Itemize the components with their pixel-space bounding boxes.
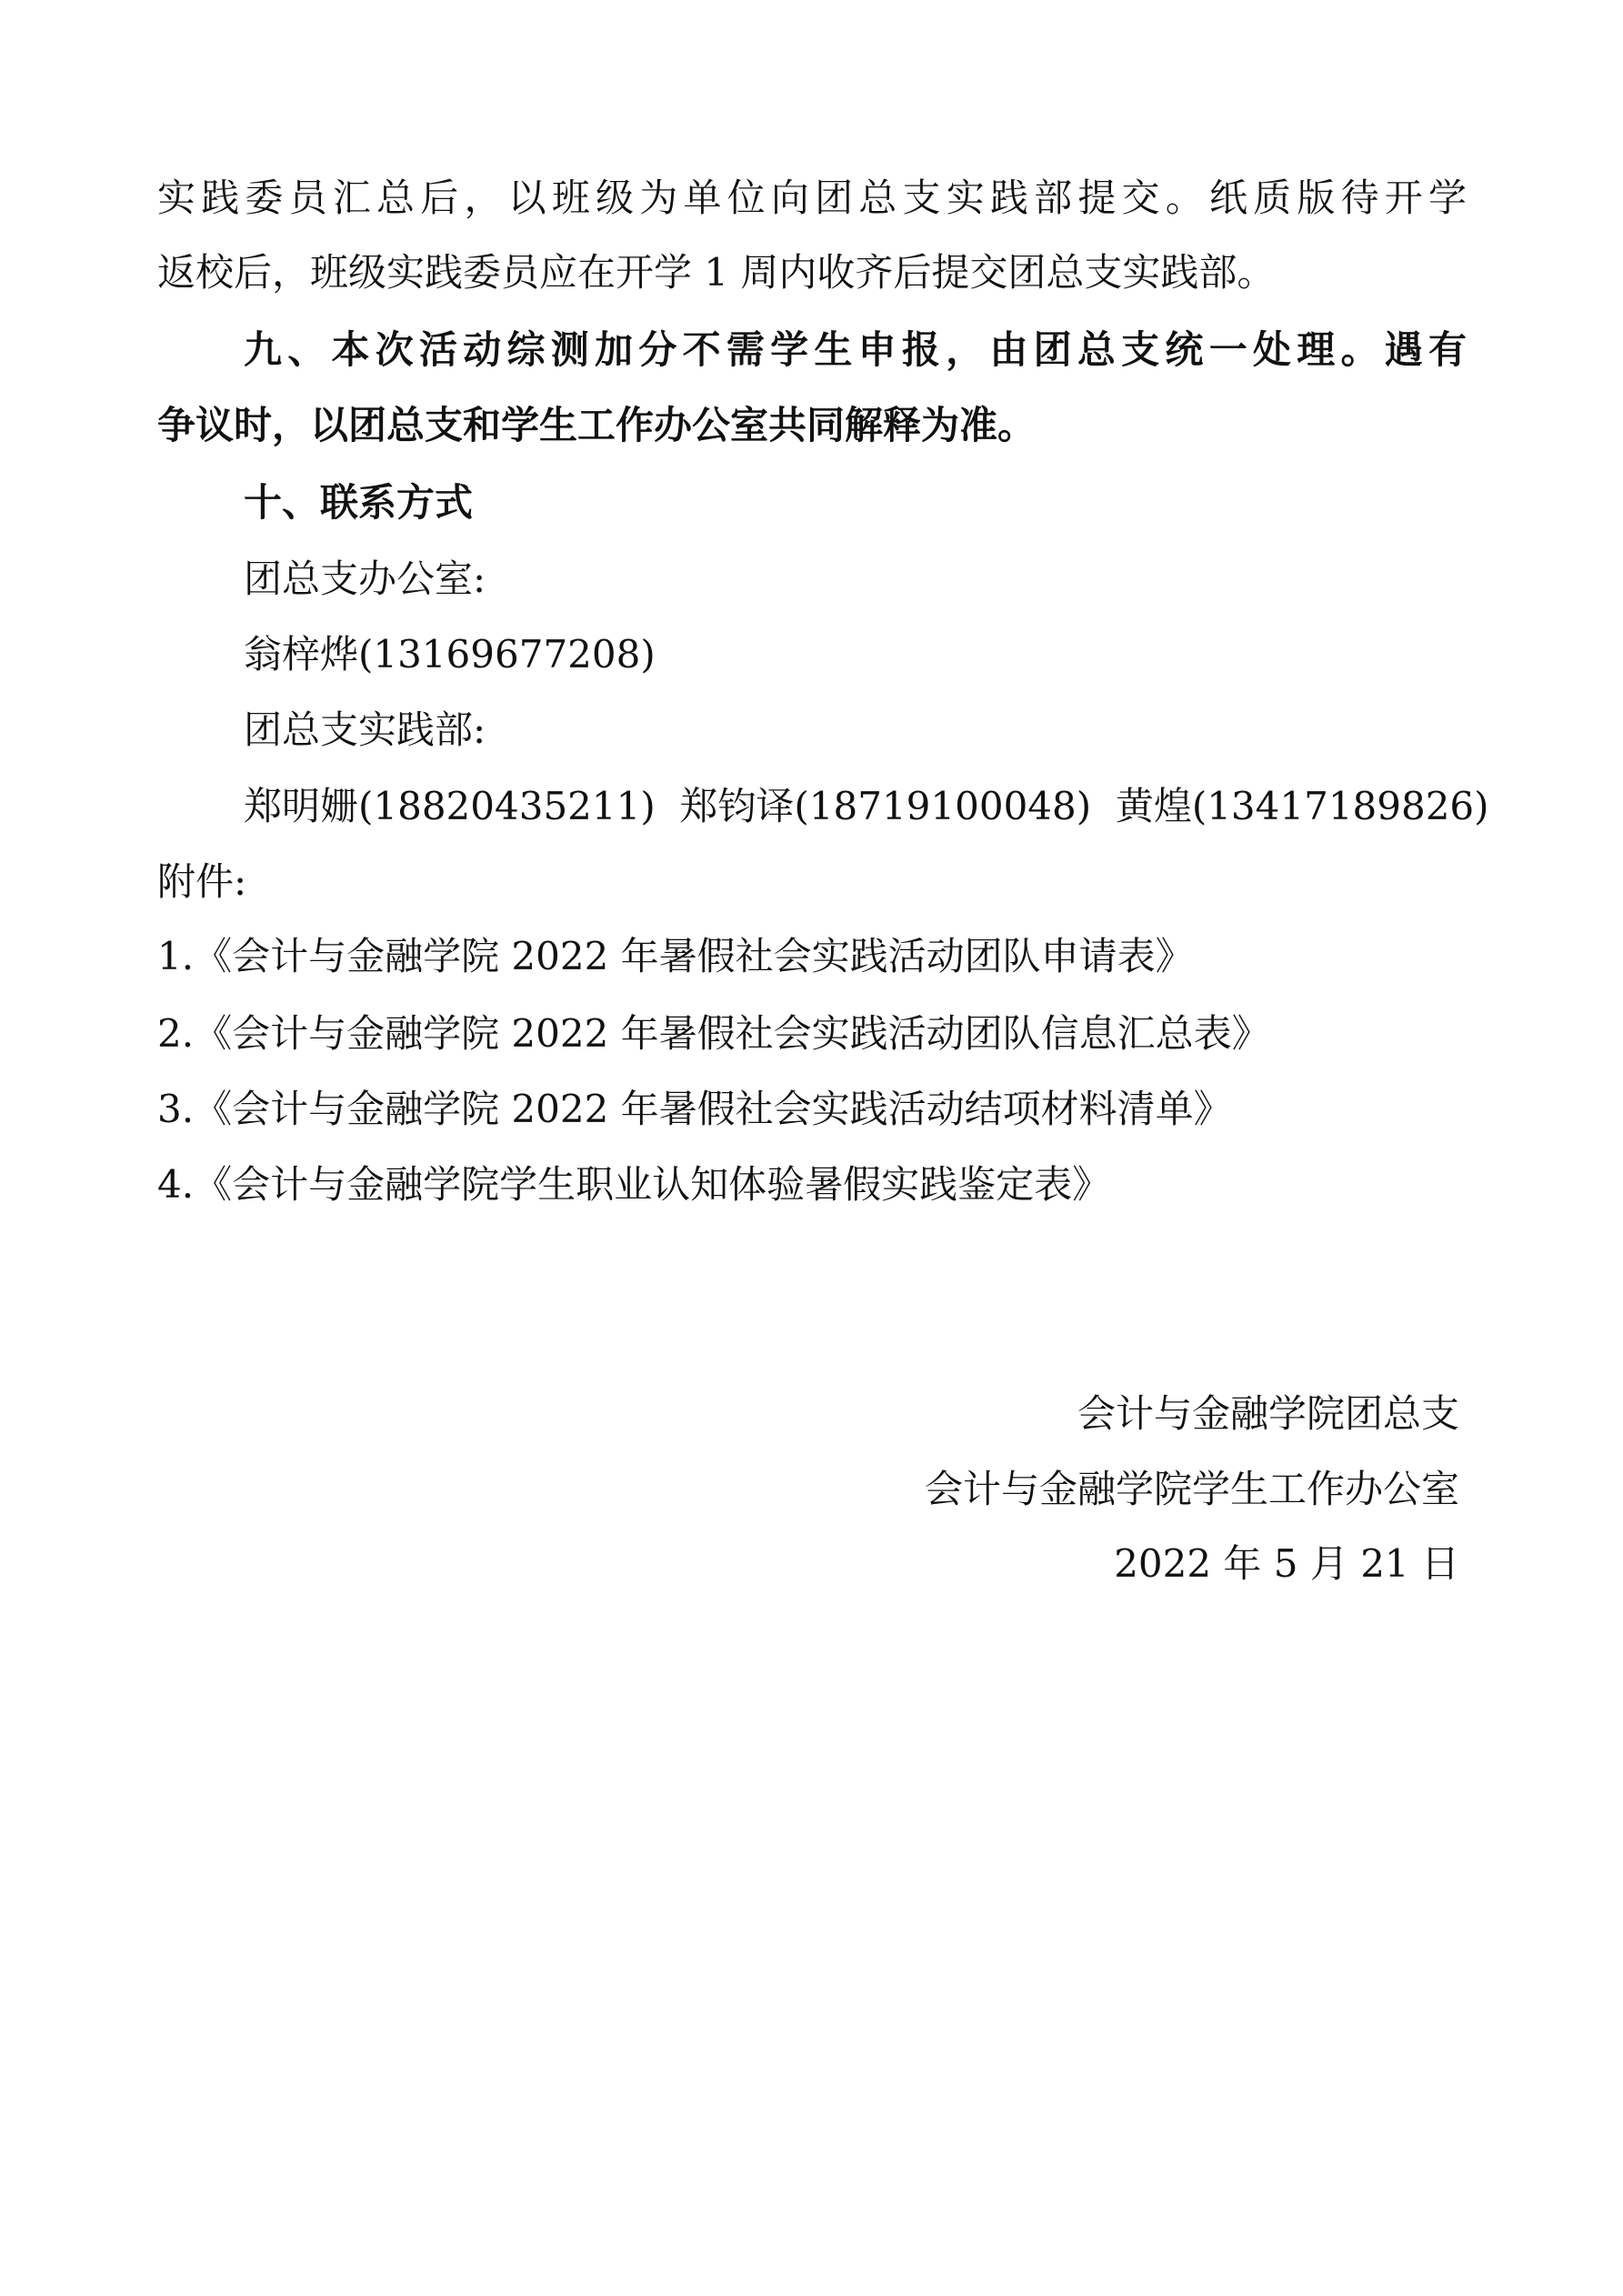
section-9-line: 九、本次活动综测加分不需学生申报，由团总支统一处理。遇有 <box>244 312 1467 388</box>
section-10-heading: 十、联系方式 <box>244 465 1467 541</box>
paragraph-line: 返校后，班级实践委员应在开学 1 周内收齐后提交团总支实践部。 <box>157 235 1467 311</box>
practice-dept-label: 团总支实践部: <box>244 692 1467 768</box>
signature-org-1: 会计与金融学院团总支 <box>1077 1376 1459 1452</box>
signature-date: 2022 年 5 月 21 日 <box>1114 1526 1459 1602</box>
signature-org-2: 会计与金融学院学生工作办公室 <box>925 1451 1459 1528</box>
attachment-item: 3.《会计与金融学院 2022 年暑假社会实践活动结项材料清单》 <box>157 1071 1467 1148</box>
office-label: 团总支办公室: <box>244 541 1467 617</box>
attachment-item: 2.《会计与金融学院 2022 年暑假社会实践活动团队信息汇总表》 <box>157 996 1467 1072</box>
paragraph-line: 实践委员汇总后，以班级为单位向团总支实践部提交。纸质版待开学 <box>157 160 1467 236</box>
attachment-item: 4.《会计与金融学院学生职业认知体验暑假实践鉴定表》 <box>157 1147 1467 1223</box>
section-9-line: 争议时，以团总支和学生工作办公室共同解释为准。 <box>157 387 1467 464</box>
attachments-label: 附件: <box>157 844 1467 920</box>
practice-dept-contacts: 郑明姗(18820435211) 郑钧译(18719100048) 黄煌(134… <box>244 768 1467 845</box>
office-contact: 翁梓烨(13169677208) <box>244 617 1467 693</box>
document-page: 实践委员汇总后，以班级为单位向团总支实践部提交。纸质版待开学 返校后，班级实践委… <box>0 0 1623 2296</box>
attachment-item: 1.《会计与金融学院 2022 年暑假社会实践活动团队申请表》 <box>157 918 1467 995</box>
